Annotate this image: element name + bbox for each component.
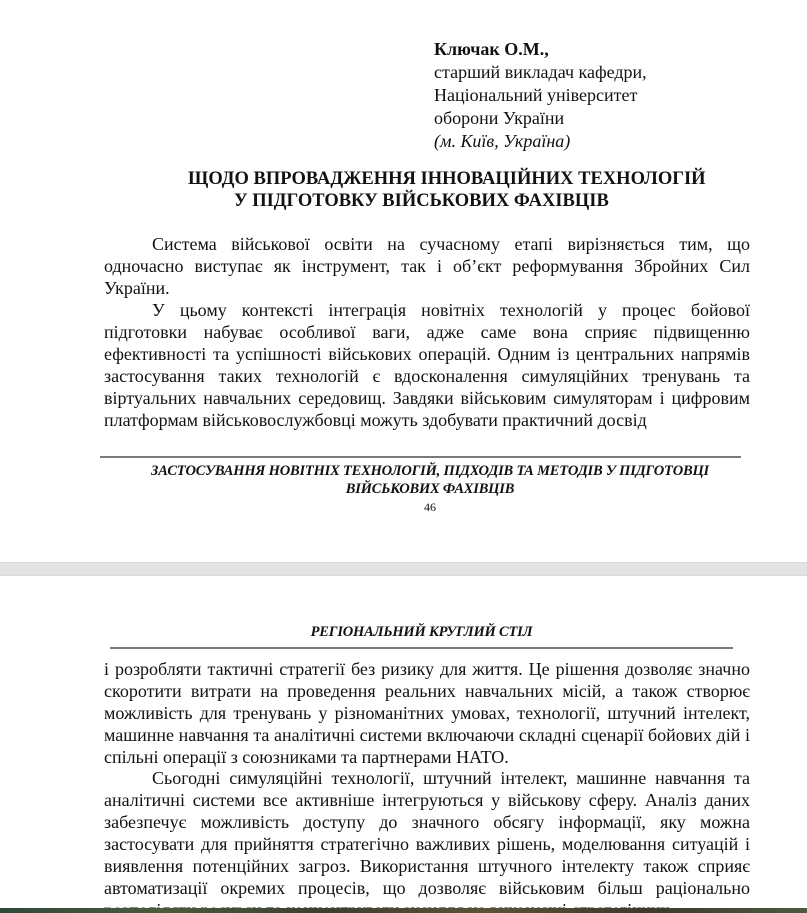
article-title-line1: ЩОДО ВПРОВАДЖЕННЯ ІННОВАЦІЙНИХ ТЕХНОЛОГІ…	[100, 168, 760, 190]
article-title-line2: У ПІДГОТОВКУ ВІЙСЬКОВИХ ФАХІВЦІВ	[100, 190, 760, 212]
document-page-47: РЕГІОНАЛЬНИЙ КРУГЛИЙ СТІЛ і розробляти т…	[0, 576, 807, 908]
body-paragraph: У цьому контексті інтеграція новітніх те…	[104, 299, 750, 431]
author-institution-line2: оборони України	[434, 107, 647, 130]
header-running-title: РЕГІОНАЛЬНИЙ КРУГЛИЙ СТІЛ	[110, 624, 733, 641]
author-name: Ключак О.М.,	[434, 38, 647, 61]
page-separator	[0, 562, 807, 576]
paragraph-text: У цьому контексті інтеграція новітніх те…	[104, 299, 750, 431]
author-block: Ключак О.М., старший викладач кафедри, Н…	[434, 38, 647, 153]
paragraph-text: Система військової освіти на сучасному е…	[104, 233, 750, 299]
desktop-background-strip	[0, 908, 807, 913]
header-divider	[110, 647, 733, 649]
body-paragraph: Система військової освіти на сучасному е…	[104, 233, 750, 299]
document-page-46: Ключак О.М., старший викладач кафедри, Н…	[0, 0, 807, 562]
footer-running-title: ЗАСТОСУВАННЯ НОВІТНІХ ТЕХНОЛОГІЙ, ПІДХОД…	[110, 462, 750, 498]
footer-divider	[100, 456, 741, 458]
body-paragraph: і розробляти тактичні стратегії без ризи…	[104, 658, 750, 768]
author-institution-line1: Національний університет	[434, 84, 647, 107]
page-number: 46	[410, 500, 450, 515]
paragraph-text: і розробляти тактичні стратегії без ризи…	[104, 658, 750, 768]
author-location: (м. Київ, Україна)	[434, 130, 647, 153]
body-paragraph: Сьогодні симуляційні технології, штучний…	[104, 767, 750, 908]
author-position: старший викладач кафедри,	[434, 61, 647, 84]
article-title: ЩОДО ВПРОВАДЖЕННЯ ІННОВАЦІЙНИХ ТЕХНОЛОГІ…	[100, 168, 760, 212]
paragraph-text: Сьогодні симуляційні технології, штучний…	[104, 767, 750, 908]
